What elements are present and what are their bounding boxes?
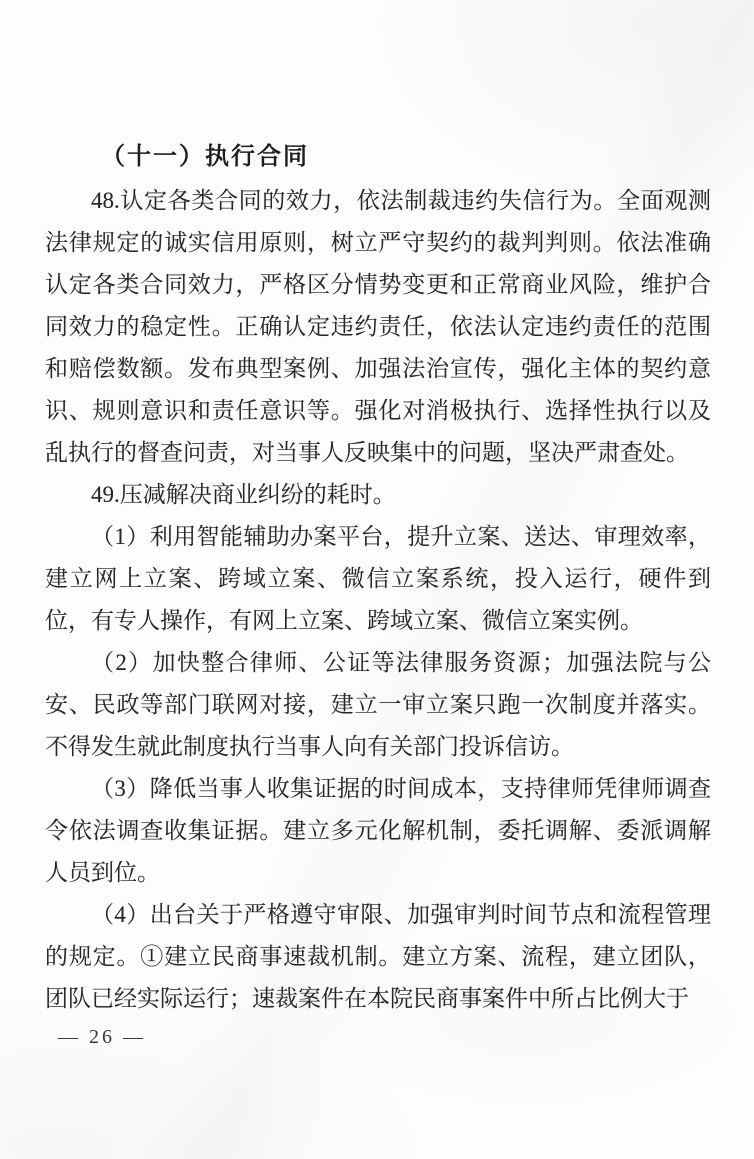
paragraph-49-item-2: （2）加快整合律师、公证等法律服务资源；加强法院与公安、民政等部门联网对接，建立… <box>45 642 711 768</box>
document-page: { "doc": { "heading": "（十一）执行合同", "parag… <box>0 0 754 1159</box>
paragraph-49-item-4: （4）出台关于严格遵守审限、加强审判时间节点和流程管理的规定。①建立民商事速裁机… <box>45 894 711 1020</box>
paragraph-49-item-1: （1）利用智能辅助办案平台，提升立案、送达、审理效率，建立网上立案、跨域立案、微… <box>45 516 711 642</box>
paragraph-49: 49.压减解决商业纠纷的耗时。 <box>45 474 711 516</box>
page-content: （十一）执行合同 48.认定各类合同的效力，依法制裁违约失信行为。全面观测法律规… <box>45 134 711 1020</box>
paragraph-49-item-3: （3）降低当事人收集证据的时间成本，支持律师凭律师调查令依法调查收集证据。建立多… <box>45 768 711 894</box>
paragraph-48: 48.认定各类合同的效力，依法制裁违约失信行为。全面观测法律规定的诚实信用原则，… <box>45 180 711 474</box>
page-number: — 26 — <box>58 1026 146 1049</box>
section-heading: （十一）执行合同 <box>45 134 711 180</box>
